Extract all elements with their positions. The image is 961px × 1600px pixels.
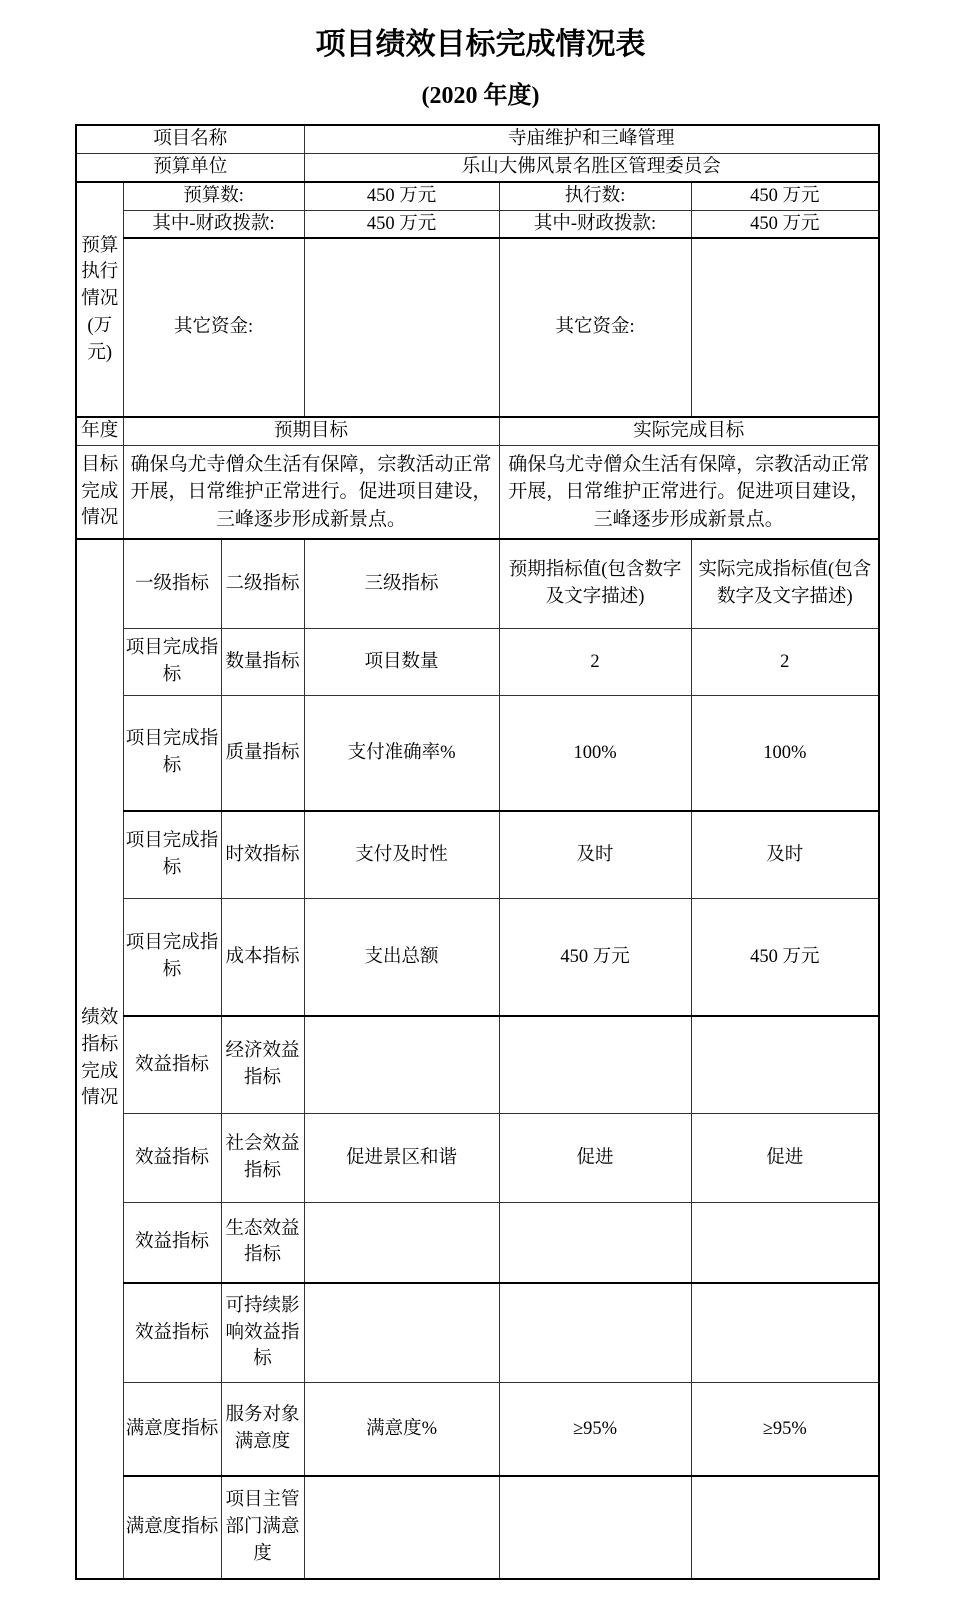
fiscal-appropriation-value-right-cell: 450 万元 [691,210,879,238]
indicator-row: 满意度指标 服务对象满意度 满意度% ≥95% ≥95% [76,1383,879,1476]
indicator-expected-cell [499,1476,691,1579]
fiscal-appropriation-label-right-cell: 其中-财政拨款: [499,210,691,238]
indicator-level1-cell: 项目完成指标 [123,811,221,899]
indicator-expected-cell: ≥95% [499,1383,691,1476]
indicator-expected-cell [499,1016,691,1114]
indicator-level1-cell: 项目完成指标 [123,899,221,1016]
document-page: 项目绩效目标完成情况表 (2020 年度) 项目名称 寺庙维护和三峰管理 预算单… [0,0,961,1600]
goal-section-label-cell: 目标完成情况 [76,446,123,539]
budget-number-value-cell: 450 万元 [304,182,499,210]
indicator-actual-cell: 促进 [691,1114,879,1203]
page-subtitle: (2020 年度) [0,83,961,111]
indicator-actual-cell [691,1016,879,1114]
fiscal-appropriation-label-left-cell: 其中-财政拨款: [123,210,304,238]
indicator-row: 满意度指标 项目主管部门满意度 [76,1476,879,1579]
indicator-actual-cell [691,1476,879,1579]
performance-report-table: 项目名称 寺庙维护和三峰管理 预算单位 乐山大佛风景名胜区管理委员会 预算执行情… [75,124,880,1580]
indicator-level2-cell: 经济效益指标 [221,1016,304,1114]
indicator-header-level1-cell: 一级指标 [123,539,221,629]
page-title: 项目绩效目标完成情况表 [0,28,961,63]
budget-number-row: 预算执行情况(万元) 预算数: 450 万元 执行数: 450 万元 [76,182,879,210]
indicator-level2-cell: 社会效益指标 [221,1114,304,1203]
indicator-level1-cell: 效益指标 [123,1203,221,1283]
budget-unit-label-cell: 预算单位 [76,153,304,181]
indicator-row: 项目完成指标 时效指标 支付及时性 及时 及时 [76,811,879,899]
indicator-header-actual-cell: 实际完成指标值(包含数字及文字描述) [691,539,879,629]
indicator-level3-cell [304,1283,499,1383]
indicator-expected-cell: 及时 [499,811,691,899]
indicator-level3-cell: 支付及时性 [304,811,499,899]
other-funds-row: 其它资金: 其它资金: [76,238,879,417]
budget-number-label-cell: 预算数: [123,182,304,210]
execution-number-label-cell: 执行数: [499,182,691,210]
indicator-expected-cell: 450 万元 [499,899,691,1016]
indicator-level1-cell: 项目完成指标 [123,696,221,811]
indicator-header-level2-cell: 二级指标 [221,539,304,629]
indicator-level1-cell: 项目完成指标 [123,629,221,696]
indicator-level3-cell: 满意度% [304,1383,499,1476]
project-name-label-cell: 项目名称 [76,125,304,153]
indicator-level1-cell: 满意度指标 [123,1476,221,1579]
indicator-level2-cell: 可持续影响效益指标 [221,1283,304,1383]
indicator-actual-cell: 及时 [691,811,879,899]
indicator-level3-cell: 项目数量 [304,629,499,696]
indicator-actual-cell: 2 [691,629,879,696]
indicator-expected-cell: 促进 [499,1114,691,1203]
indicator-header-expected-cell: 预期指标值(包含数字及文字描述) [499,539,691,629]
other-funds-label-left-cell: 其它资金: [123,238,304,417]
indicator-section-label-cell: 绩效指标完成情况 [76,539,123,1579]
indicator-level2-cell: 质量指标 [221,696,304,811]
indicator-level3-cell [304,1203,499,1283]
indicator-actual-cell [691,1283,879,1383]
execution-number-value-cell: 450 万元 [691,182,879,210]
actual-goal-header-cell: 实际完成目标 [499,417,879,445]
indicator-level2-cell: 数量指标 [221,629,304,696]
indicator-header-row: 绩效指标完成情况 一级指标 二级指标 三级指标 预期指标值(包含数字及文字描述)… [76,539,879,629]
indicator-level3-cell [304,1016,499,1114]
indicator-row: 效益指标 可持续影响效益指标 [76,1283,879,1383]
indicator-row: 效益指标 经济效益指标 [76,1016,879,1114]
other-funds-label-right-cell: 其它资金: [499,238,691,417]
indicator-level3-cell: 促进景区和谐 [304,1114,499,1203]
indicator-expected-cell [499,1203,691,1283]
project-name-value-cell: 寺庙维护和三峰管理 [304,125,879,153]
indicator-actual-cell: 100% [691,696,879,811]
indicator-row: 项目完成指标 数量指标 项目数量 2 2 [76,629,879,696]
actual-goal-text-cell: 确保乌尤寺僧众生活有保障，宗教活动正常开展，日常维护正常进行。促进项目建设，三峰… [499,446,879,539]
budget-unit-value-cell: 乐山大佛风景名胜区管理委员会 [304,153,879,181]
goal-text-row: 目标完成情况 确保乌尤寺僧众生活有保障，宗教活动正常开展，日常维护正常进行。促进… [76,446,879,539]
fiscal-appropriation-value-left-cell: 450 万元 [304,210,499,238]
indicator-expected-cell [499,1283,691,1383]
indicator-row: 项目完成指标 成本指标 支出总额 450 万元 450 万元 [76,899,879,1016]
indicator-expected-cell: 100% [499,696,691,811]
indicator-level2-cell: 时效指标 [221,811,304,899]
other-funds-value-right-cell [691,238,879,417]
indicator-level3-cell [304,1476,499,1579]
indicator-level1-cell: 效益指标 [123,1016,221,1114]
indicator-level2-cell: 服务对象满意度 [221,1383,304,1476]
indicator-actual-cell: ≥95% [691,1383,879,1476]
budget-unit-row: 预算单位 乐山大佛风景名胜区管理委员会 [76,153,879,181]
indicator-actual-cell [691,1203,879,1283]
project-name-row: 项目名称 寺庙维护和三峰管理 [76,125,879,153]
indicator-row: 效益指标 生态效益指标 [76,1203,879,1283]
indicator-level1-cell: 效益指标 [123,1114,221,1203]
indicator-level2-cell: 成本指标 [221,899,304,1016]
goal-header-row: 年度 预期目标 实际完成目标 [76,417,879,445]
other-funds-value-left-cell [304,238,499,417]
indicator-row: 效益指标 社会效益指标 促进景区和谐 促进 促进 [76,1114,879,1203]
indicator-row: 项目完成指标 质量指标 支付准确率% 100% 100% [76,696,879,811]
indicator-level2-cell: 生态效益指标 [221,1203,304,1283]
indicator-level3-cell: 支出总额 [304,899,499,1016]
indicator-header-level3-cell: 三级指标 [304,539,499,629]
fiscal-appropriation-row: 其中-财政拨款: 450 万元 其中-财政拨款: 450 万元 [76,210,879,238]
expected-goal-text-cell: 确保乌尤寺僧众生活有保障，宗教活动正常开展，日常维护正常进行。促进项目建设，三峰… [123,446,499,539]
indicator-level1-cell: 满意度指标 [123,1383,221,1476]
indicator-level3-cell: 支付准确率% [304,696,499,811]
indicator-expected-cell: 2 [499,629,691,696]
budget-execution-section-label-cell: 预算执行情况(万元) [76,182,123,418]
indicator-actual-cell: 450 万元 [691,899,879,1016]
indicator-level2-cell: 项目主管部门满意度 [221,1476,304,1579]
expected-goal-header-cell: 预期目标 [123,417,499,445]
year-label-cell: 年度 [76,417,123,445]
indicator-level1-cell: 效益指标 [123,1283,221,1383]
